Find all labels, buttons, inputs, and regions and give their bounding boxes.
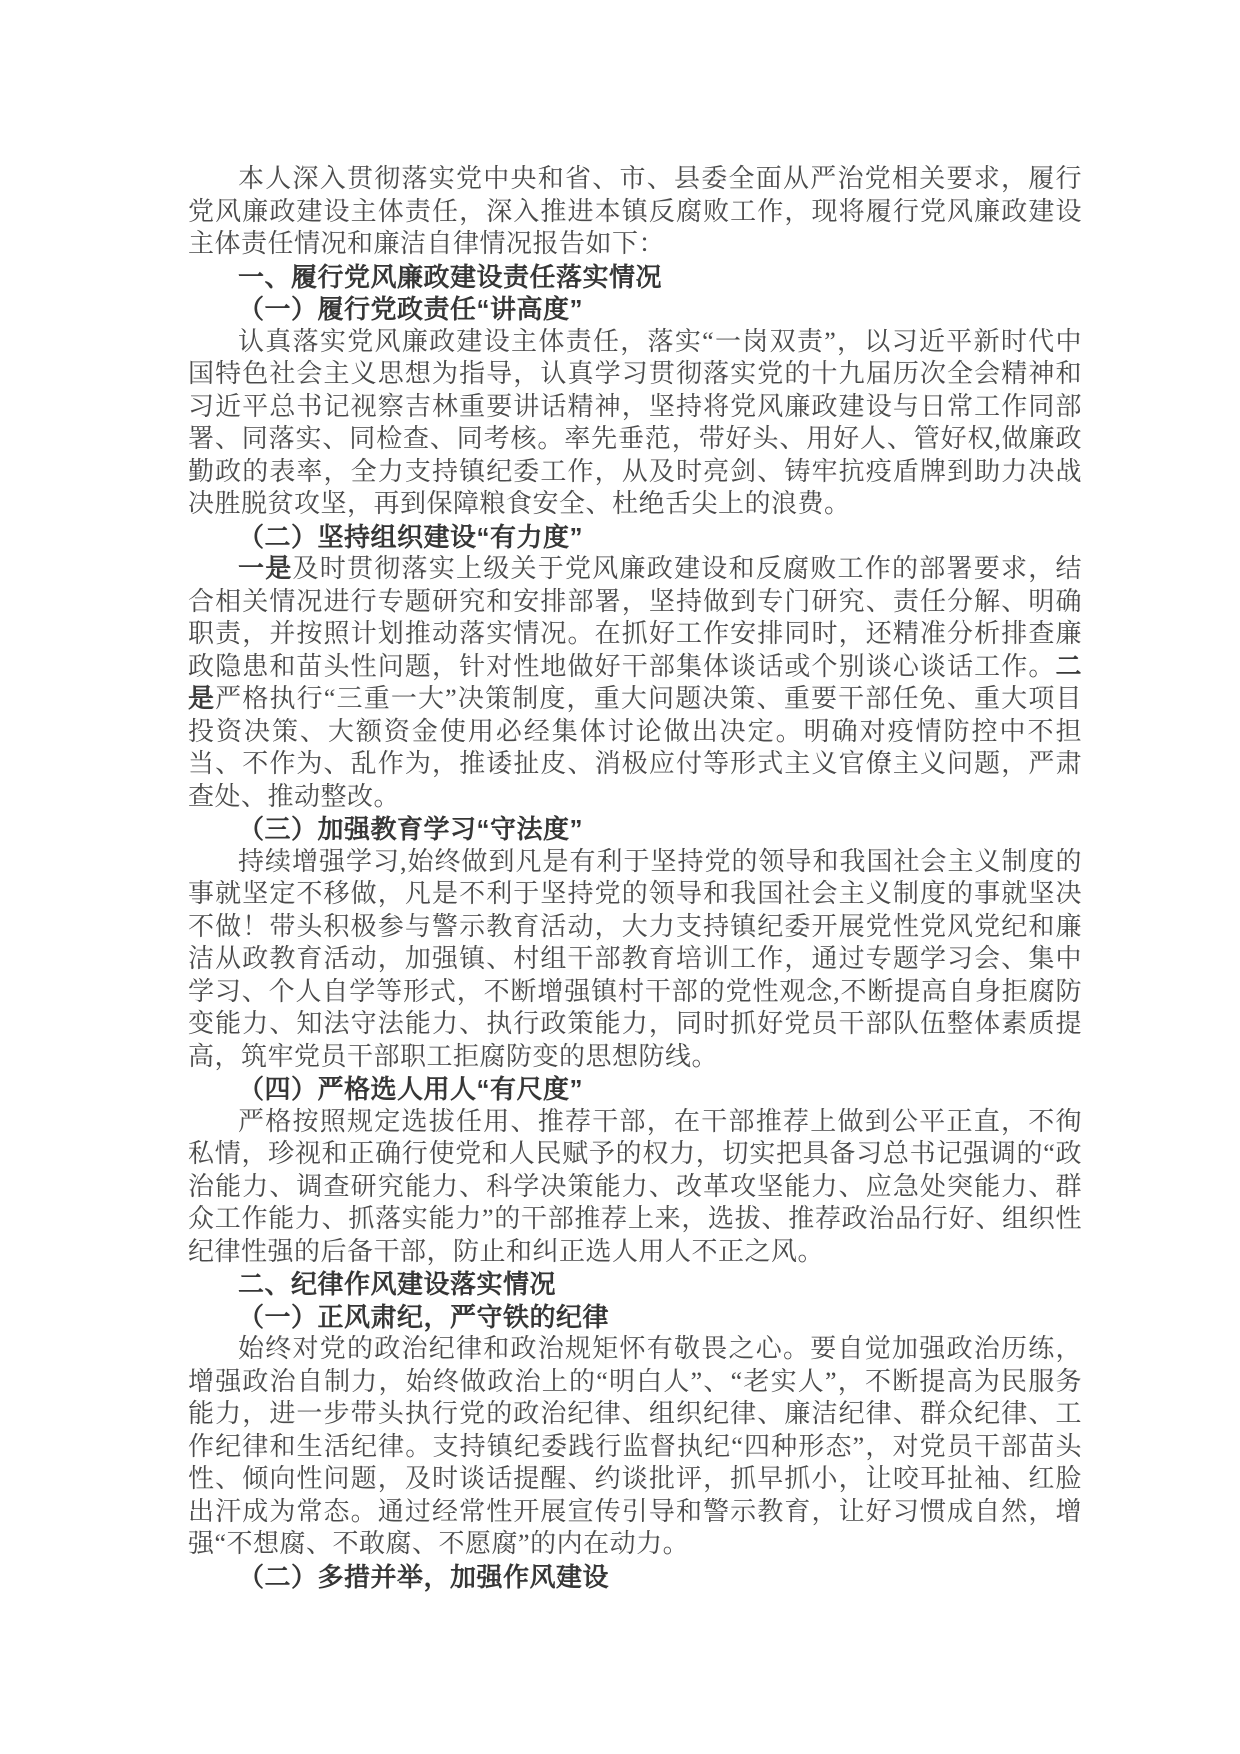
section-1-3-paragraph: 持续增强学习,始终做到凡是有利于坚持党的领导和我国社会主义制度的事就坚定不移做，… [188, 846, 1082, 1074]
text-run: 及时贯彻落实上级关于党风廉政建设和反腐败工作的部署要求，结合相关情况进行专题研究… [188, 554, 1082, 681]
intro-paragraph: 本人深入贯彻落实党中央和省、市、县委全面从严治党相关要求，履行党风廉政建设主体责… [188, 163, 1082, 261]
section-1-2-paragraph: 一是及时贯彻落实上级关于党风廉政建设和反腐败工作的部署要求，结合相关情况进行专题… [188, 553, 1082, 813]
section-1-4-paragraph: 严格按照规定选拔任用、推荐干部，在干部推荐上做到公平正直，不徇私情，珍视和正确行… [188, 1106, 1082, 1269]
section-1-3-heading: （三）加强教育学习“守法度” [188, 813, 1082, 846]
section-1-1-paragraph: 认真落实党风廉政建设主体责任，落实“一岗双责”，以习近平新时代中国特色社会主义思… [188, 326, 1082, 521]
section-1-1-heading: （一）履行党政责任“讲高度” [188, 293, 1082, 326]
section-2-1-heading: （一）正风肃纪，严守铁的纪律 [188, 1301, 1082, 1334]
section-2-1-paragraph: 始终对党的政治纪律和政治规矩怀有敬畏之心。要自觉加强政治历练，增强政治自制力，始… [188, 1333, 1082, 1561]
section-2-heading: 二、纪律作风建设落实情况 [188, 1268, 1082, 1301]
section-2-2-heading: （二）多措并举，加强作风建设 [188, 1561, 1082, 1594]
text-run: 严格执行“三重一大”决策制度，重大问题决策、重要干部任免、重大项目投资决策、大额… [188, 684, 1082, 811]
section-1-2-heading: （二）坚持组织建设“有力度” [188, 521, 1082, 554]
section-1-4-heading: （四）严格选人用人“有尺度” [188, 1073, 1082, 1106]
section-1-heading: 一、履行党风廉政建设责任落实情况 [188, 261, 1082, 294]
bold-run-first: 一是 [238, 554, 293, 583]
document-page: 本人深入贯彻落实党中央和省、市、县委全面从严治党相关要求，履行党风廉政建设主体责… [188, 163, 1082, 1593]
